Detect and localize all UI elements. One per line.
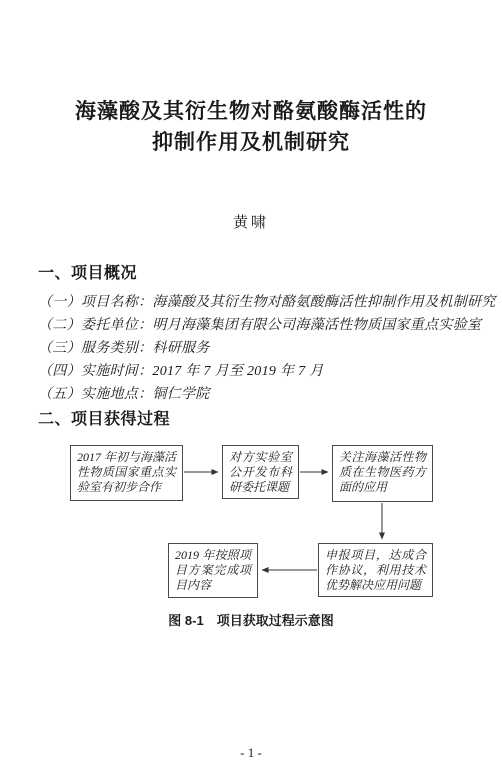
overview-item-location: （五）实施地点：铜仁学院	[38, 383, 478, 406]
page-title-line2: 抑制作用及机制研究	[0, 127, 502, 158]
section-heading-acquisition: 二、项目获得过程	[38, 406, 170, 429]
overview-item-duration: （四）实施时间：2017 年 7 月至 2019 年 7 月	[38, 360, 478, 383]
overview-item-list: （一）项目名称：海藻酸及其衍生物对酪氨酸酶活性抑制作用及机制研究 （二）委托单位…	[38, 291, 478, 406]
flowchart-box-applied-project: 申报项目，达成合作协议，利用技术优势解决应用问题	[318, 543, 433, 597]
flowchart-box-initial-cooperation: 2017 年初与海藻活性物质国家重点实验室有初步合作	[70, 445, 183, 501]
overview-item-project-name: （一）项目名称：海藻酸及其衍生物对酪氨酸酶活性抑制作用及机制研究	[38, 291, 478, 314]
flowchart-box-completed-project: 2019 年按照项目方案完成项目内容	[168, 543, 258, 598]
document-page: 海藻酸及其衍生物对酪氨酸酶活性的 抑制作用及机制研究 黄啸 一、项目概况 （一）…	[0, 0, 502, 779]
overview-item-service-type: （三）服务类别：科研服务	[38, 337, 478, 360]
author-name: 黄啸	[0, 211, 502, 232]
page-title-line1: 海藻酸及其衍生物对酪氨酸酶活性的	[0, 96, 502, 127]
flowchart-box-focus-biomedicine: 关注海藻活性物质在生物医药方面的应用	[332, 445, 433, 502]
figure-caption: 图 8-1 项目获取过程示意图	[0, 610, 502, 629]
flowchart-box-published-topic: 对方实验室公开发布科研委托课题	[222, 445, 299, 499]
section-heading-overview: 一、项目概况	[38, 260, 137, 283]
overview-item-client: （二）委托单位：明月海藻集团有限公司海藻活性物质国家重点实验室	[38, 314, 478, 337]
page-number: - 1 -	[0, 745, 502, 761]
page-title: 海藻酸及其衍生物对酪氨酸酶活性的 抑制作用及机制研究	[0, 96, 502, 158]
